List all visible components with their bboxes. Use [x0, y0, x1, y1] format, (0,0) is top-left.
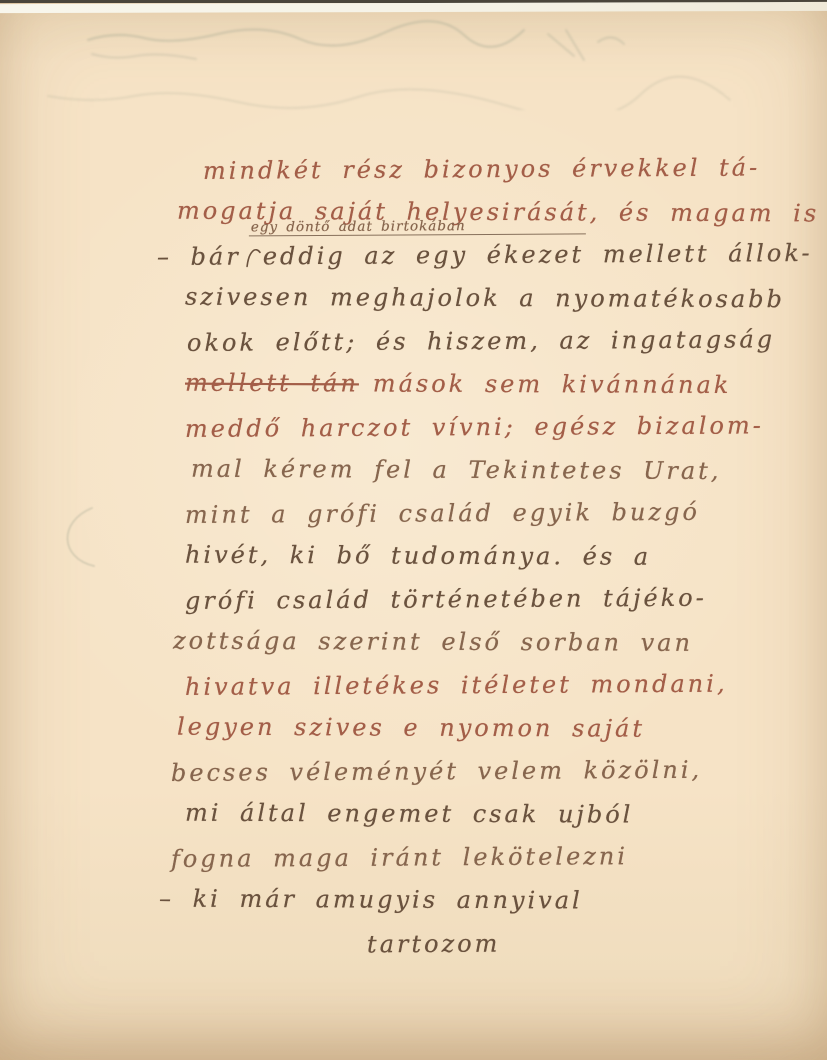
letter-line-segment: – bár [157, 242, 241, 271]
letter-line: fogna maga iránt lekötelezni [171, 834, 810, 881]
letter-line: szivesen meghajolok a nyomatékosabb [185, 276, 810, 322]
letter-line: grófi család történetében tájéko- [185, 576, 810, 623]
letter-line: mi által engemet csak ujból [185, 792, 810, 838]
letter-line: hivatva illetékes itéletet mondani, [185, 662, 810, 709]
letter-line: zottsága szerint első sorban van [173, 620, 810, 666]
faint-margin-stroke [40, 500, 110, 580]
letter-line: mal kérem fel a Tekintetes Urat, [191, 448, 810, 494]
scanned-letter-page: mindkét rész bizonyos érvekkel tá- mogat… [0, 0, 827, 1060]
letter-line: meddő harczot vívni; egész bizalom- [185, 404, 810, 451]
letter-line-with-strikethrough: mellett tánmások sem kivánnának [185, 362, 810, 408]
letter-text-block: mindkét rész bizonyos érvekkel tá- mogat… [185, 148, 810, 965]
letter-line: hivét, ki bő tudománya. és a [185, 534, 810, 580]
letter-line: okok előtt; és hiszem, az ingatagság [187, 318, 810, 365]
letter-line: mindkét rész bizonyos érvekkel tá- [203, 146, 810, 193]
letter-closing-word: tartozom [367, 921, 810, 967]
letter-line-segment: mások sem kivánnának [373, 369, 732, 399]
letter-line: becses véleményét velem közölni, [171, 748, 810, 795]
letter-line: mint a grófi család egyik buzgó [185, 490, 810, 537]
interlinear-insertion: egy döntő adat birtokában [249, 218, 586, 236]
faint-pencil-marks [28, 14, 798, 110]
struck-out-words: mellett tán [185, 369, 359, 398]
letter-line: legyen szives e nyomon saját [177, 706, 810, 752]
letter-line: – ki már amugyis annyival [159, 878, 810, 924]
letter-line-segment: eddig az egy ékezet mellett állok- [263, 239, 813, 270]
insertion-caret-icon [245, 244, 261, 268]
scan-top-white-strip [0, 2, 827, 13]
letter-line-with-insertion: egy döntő adat birtokában – báreddig az … [157, 232, 810, 279]
